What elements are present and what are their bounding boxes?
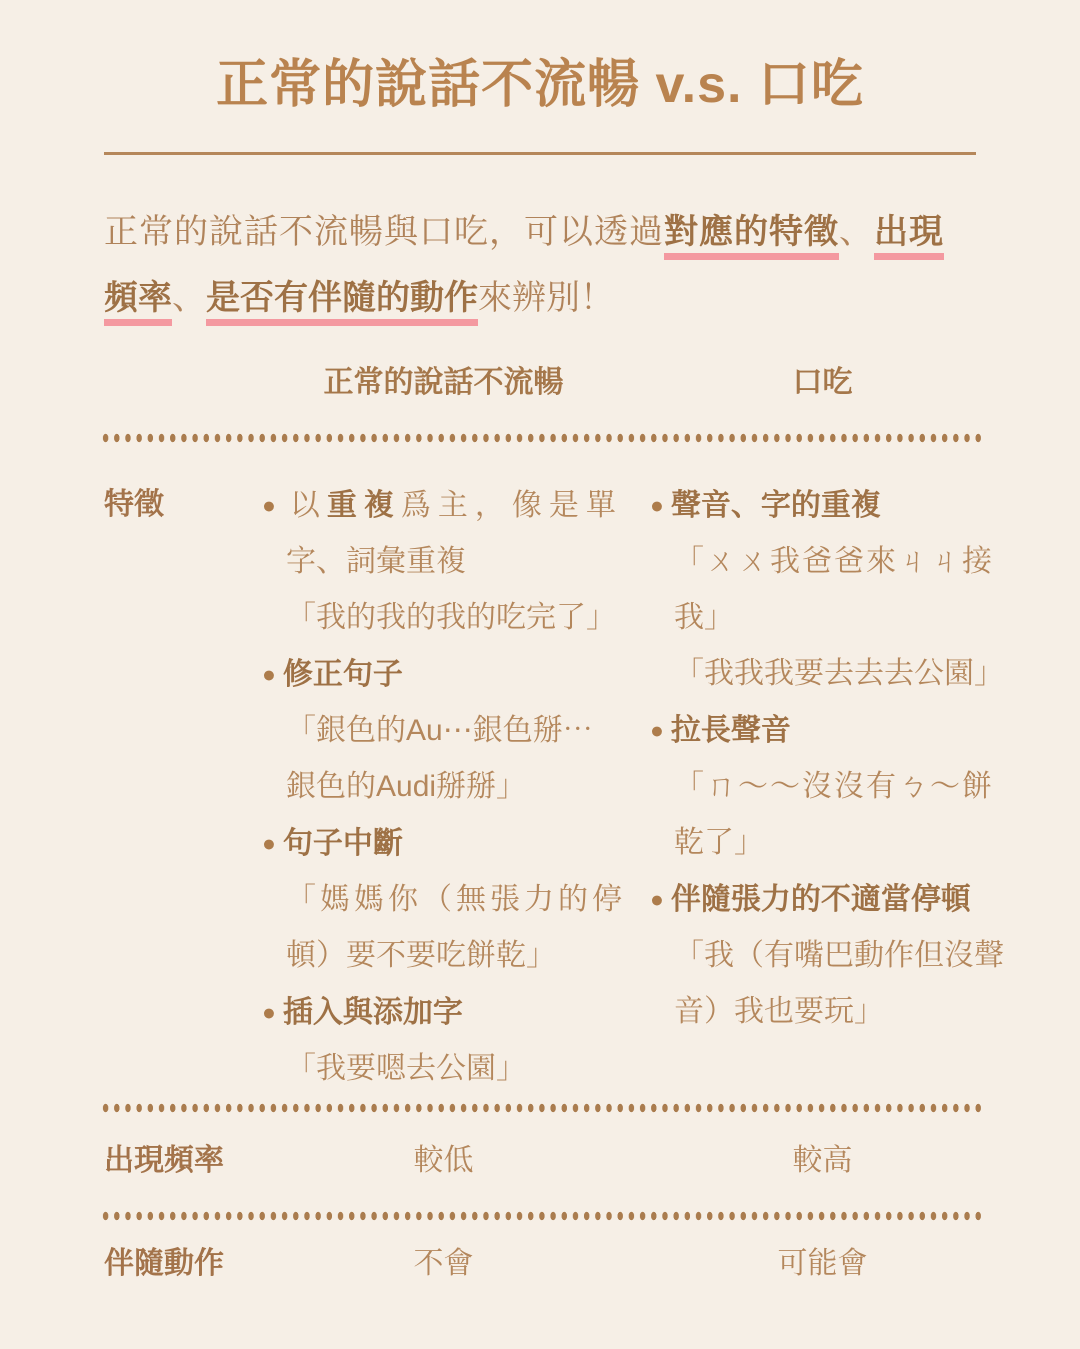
- intro-line-1: 正常的說話不流暢與口吃，可以透過對應的特徵、出現: [104, 199, 980, 265]
- column-gap: [625, 477, 650, 1097]
- feature-example: 「我要嗯去公園」: [262, 1041, 625, 1097]
- intro-separator: 、: [172, 279, 206, 317]
- page-title: 正常的說話不流暢 v.s. 口吃: [0, 0, 1080, 116]
- bullet-icon: ●: [262, 492, 283, 518]
- intro-text: 來辨別！: [478, 279, 614, 317]
- intro-line-2: 頻率、是否有伴隨的動作來辨別！: [104, 265, 980, 331]
- feature-example: 「ㄇ～～沒沒有ㄅ～餅: [650, 759, 995, 815]
- row-label-movement: 伴隨動作: [104, 1244, 262, 1284]
- feature-item-prolongation: ●拉長聲音: [650, 702, 995, 759]
- movement-value-stuttering: 可能會: [650, 1244, 995, 1284]
- dotted-divider-1: [100, 433, 983, 443]
- feature-term: 伴隨張力的不適當停頓: [671, 883, 971, 916]
- bullet-icon: ●: [650, 717, 664, 743]
- column-gap: [625, 1141, 650, 1181]
- feature-term: 句子中斷: [283, 827, 403, 860]
- feature-text: 以: [290, 489, 327, 522]
- feature-term: 插入與添加字: [283, 996, 463, 1029]
- feature-term: 拉長聲音: [671, 714, 791, 747]
- feature-item-revision: ●修正句子: [262, 646, 625, 703]
- movement-value-normal: 不會: [262, 1244, 625, 1284]
- intro-separator: 、: [839, 213, 874, 251]
- column-header-normal-disfluency: 正常的說話不流暢: [262, 363, 625, 403]
- bullet-icon: ●: [650, 886, 664, 912]
- feature-term: 重複: [327, 489, 401, 522]
- table-header-row: 正常的說話不流暢 口吃: [104, 363, 995, 403]
- feature-example: 「媽媽你（無張力的停: [262, 872, 625, 928]
- bullet-icon: ●: [262, 830, 276, 856]
- dotted-divider-2: [100, 1103, 983, 1113]
- frequency-row: 出現頻率 較低 較高: [104, 1141, 995, 1181]
- column-header-stuttering: 口吃: [650, 363, 995, 403]
- feature-item-interruption: ●句子中斷: [262, 815, 625, 872]
- frequency-value-stuttering: 較高: [650, 1141, 995, 1181]
- features-right-cell: ●聲音、字的重複 「ㄨㄨ我爸爸來ㄐㄐ接 我」 「我我我要去去去公園」 ●拉長聲音…: [650, 477, 995, 1097]
- intro-highlight-frequency-part1: 出現: [874, 213, 944, 260]
- feature-example: 「ㄨㄨ我爸爸來ㄐㄐ接: [650, 534, 995, 590]
- feature-example-continuation: 乾了」: [650, 815, 995, 871]
- feature-item-sound-word-repetition: ●聲音、字的重複: [650, 477, 995, 534]
- feature-example-continuation: 我」: [650, 590, 995, 646]
- feature-example: 「我我我要去去去公園」: [650, 646, 995, 702]
- feature-example: 「我的我的我的吃完了」: [262, 590, 625, 646]
- feature-text-continuation: 字、詞彙重複: [262, 534, 625, 590]
- feature-item-tense-pause: ●伴隨張力的不適當停頓: [650, 871, 995, 928]
- dotted-divider-3: [100, 1211, 983, 1221]
- header-spacer: [104, 363, 262, 403]
- column-gap: [625, 363, 650, 403]
- feature-example: 銀色的Audi掰掰」: [262, 759, 625, 815]
- intro-text: 正常的說話不流暢與口吃，可以透過: [104, 213, 664, 251]
- feature-example: 「銀色的Au⋯銀色掰⋯: [262, 703, 625, 759]
- feature-term: 聲音、字的重複: [671, 489, 881, 522]
- movement-row: 伴隨動作 不會 可能會: [104, 1244, 995, 1284]
- intro-highlight-movement: 是否有伴隨的動作: [206, 279, 478, 326]
- feature-item-insertion: ●插入與添加字: [262, 984, 625, 1041]
- features-row: 特徵 ●以重複爲主，像是單 字、詞彙重複 「我的我的我的吃完了」 ●修正句子 「…: [104, 477, 995, 1097]
- column-gap: [625, 1244, 650, 1284]
- feature-item-repetition: ●以重複爲主，像是單: [262, 477, 625, 534]
- row-label-features: 特徵: [104, 477, 262, 1097]
- bullet-icon: ●: [262, 661, 276, 687]
- title-divider-line: [104, 152, 976, 155]
- features-left-cell: ●以重複爲主，像是單 字、詞彙重複 「我的我的我的吃完了」 ●修正句子 「銀色的…: [262, 477, 625, 1097]
- feature-example: 頓）要不要吃餅乾」: [262, 928, 625, 984]
- intro-highlight-frequency-part2: 頻率: [104, 279, 172, 326]
- bullet-icon: ●: [650, 492, 664, 518]
- infographic-page: 正常的說話不流暢 v.s. 口吃 正常的說話不流暢與口吃，可以透過對應的特徵、出…: [0, 0, 1080, 1349]
- feature-example: 「我（有嘴巴動作但沒聲: [650, 928, 995, 984]
- intro-highlight-features: 對應的特徵: [664, 213, 839, 260]
- intro-paragraph: 正常的說話不流暢與口吃，可以透過對應的特徵、出現 頻率、是否有伴隨的動作來辨別！: [104, 199, 980, 331]
- row-label-frequency: 出現頻率: [104, 1141, 262, 1181]
- feature-term: 修正句子: [283, 658, 403, 691]
- bullet-icon: ●: [262, 999, 276, 1025]
- feature-example-continuation: 音）我也要玩」: [650, 984, 995, 1040]
- frequency-value-normal: 較低: [262, 1141, 625, 1181]
- feature-text: 爲主，像是單: [401, 489, 623, 522]
